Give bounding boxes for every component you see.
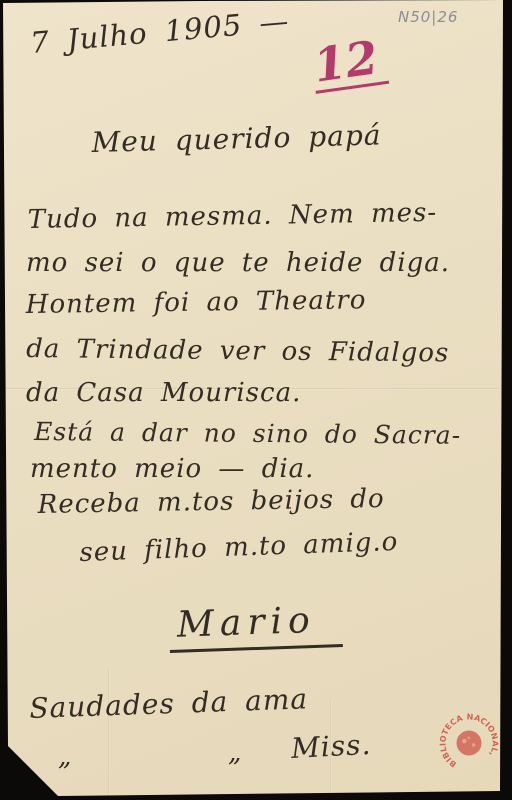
body-line: Hontem foi ao Theatro: [26, 285, 367, 320]
archival-code: N50|26: [398, 8, 458, 26]
ditto-mark: „: [58, 742, 72, 772]
body-line: Receba m.tos beijos do: [37, 484, 384, 520]
date-line: 7 Julho 1905 —: [29, 4, 291, 60]
letter-paper: 7 Julho 1905 — N50|26 12 Meu querido pap…: [0, 0, 512, 800]
signature: Mario: [168, 599, 342, 653]
scan-background: 7 Julho 1905 — N50|26 12 Meu querido pap…: [0, 0, 512, 800]
body-line: mento meio — dia.: [30, 454, 314, 484]
salutation: Meu querido papá: [91, 118, 382, 159]
folio-number: 12: [309, 33, 389, 94]
body-line: Está a dar no sino do Sacra-: [34, 417, 461, 450]
biblioteca-nacional-stamp-icon: BIBLIOTECA NACIONAL,: [417, 691, 512, 795]
vertical-fold-crease-left: [108, 668, 110, 796]
body-line: da Trindade ver os Fidalgos: [26, 334, 449, 368]
body-line: da Casa Mourisca.: [26, 378, 301, 408]
body-line: mo sei o que te heide diga.: [26, 248, 450, 278]
postscript-word: Miss.: [290, 728, 372, 765]
body-line: seu filho m.to amig.o: [79, 527, 399, 568]
ditto-mark: „: [228, 738, 242, 768]
body-line: Tudo na mesma. Nem mes-: [27, 198, 437, 235]
postscript-line: Saudades da ama: [29, 682, 309, 725]
